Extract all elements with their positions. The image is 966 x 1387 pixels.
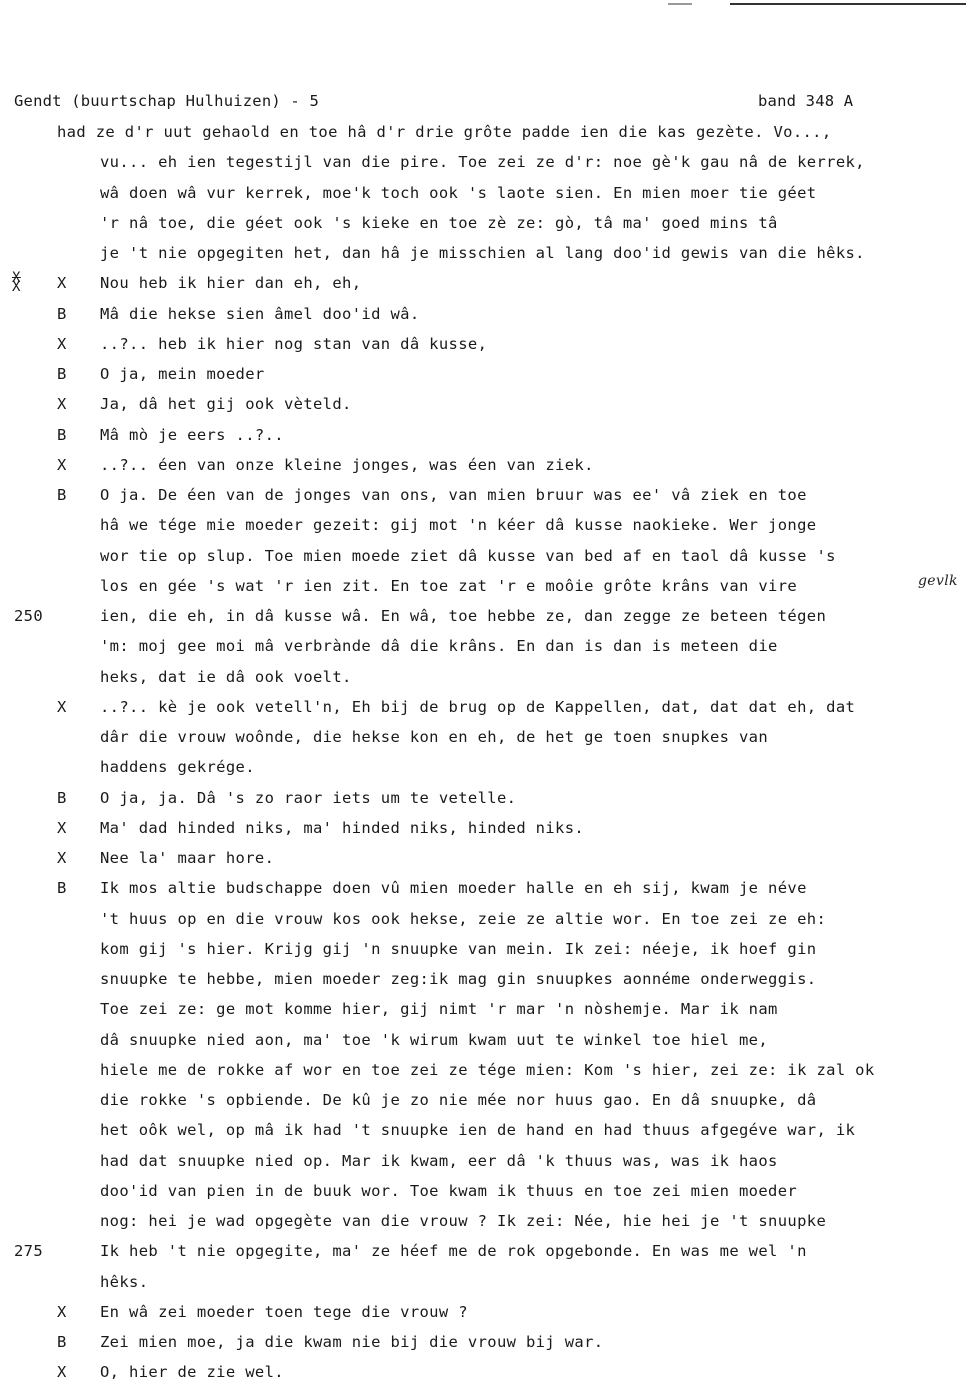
transcript-line: haddens gekrége. [0,758,966,780]
line-text: Toe zei ze: ge mot komme hier, gij nimt … [100,1000,778,1018]
scan-edge-artifact [668,3,966,5]
transcript-line: nog: hei je wad opgegète van die vrouw ?… [0,1212,966,1234]
line-text: had ze d'r uut gehaold en toe hâ d'r dri… [57,123,832,141]
transcript-line: heks, dat ie dâ ook voelt. [0,668,966,690]
line-text: wâ doen wâ vur kerrek, moe'k toch ook 's… [100,184,816,202]
page-header: Gendt (buurtschap Hulhuizen) - 5 band 34… [14,92,954,114]
line-number: 250 [14,607,43,625]
speaker-label: B [57,486,67,504]
line-text: 'm: moj gee moi mâ verbrànde dâ die krân… [100,637,778,655]
line-text: vu... eh ien tegestijl van die pire. Toe… [100,153,865,171]
transcript-line: die rokke 's opbiende. De kû je zo nie m… [0,1091,966,1113]
transcript-line: XEn wâ zei moeder toen tege die vrouw ? [0,1303,966,1325]
line-text: 'r nâ toe, die géet ook 's kieke en toe … [100,214,778,232]
line-text: die rokke 's opbiende. De kû je zo nie m… [100,1091,816,1109]
transcript-line: XMa' dad hinded niks, ma' hinded niks, h… [0,819,966,841]
transcript-line: BIk mos altie budschappe doen vû mien mo… [0,879,966,901]
line-text: Ik heb 't nie opgegite, ma' ze héef me d… [100,1242,807,1260]
speaker-label: B [57,789,67,807]
line-text: O ja. De éen van de jonges van ons, van … [100,486,807,504]
line-text: Zei mien moe, ja die kwam nie bij die vr… [100,1333,603,1351]
speaker-label: X [57,1363,67,1381]
transcript-line: BMâ mò je eers ..?.. [0,426,966,448]
line-text: ien, die eh, in dâ kusse wâ. En wâ, toe … [100,607,826,625]
transcript-line: had dat snuupke nied op. Mar ik kwam, ee… [0,1152,966,1174]
transcript-line: Toe zei ze: ge mot komme hier, gij nimt … [0,1000,966,1022]
line-text: haddens gekrége. [100,758,255,776]
line-text: Mâ mò je eers ..?.. [100,426,284,444]
speaker-label: X [57,819,67,837]
line-text: had dat snuupke nied op. Mar ik kwam, ee… [100,1152,778,1170]
line-text: O ja, ja. Dâ 's zo raor iets um te vetel… [100,789,516,807]
line-text: los en gée 's wat 'r ien zit. En toe zat… [100,577,797,595]
speaker-label: X [57,456,67,474]
transcript-line: BO ja, mein moeder [0,365,966,387]
transcript-line: snuupke te hebbe, mien moeder zeg:ik mag… [0,970,966,992]
speaker-label: B [57,1333,67,1351]
line-text: dâ snuupke nied aon, ma' toe 'k wirum kw… [100,1031,768,1049]
transcript-line: 275Ik heb 't nie opgegite, ma' ze héef m… [0,1242,966,1264]
transcript-line: hêks. [0,1273,966,1295]
line-text: wor tie op slup. Toe mien moede ziet dâ … [100,547,836,565]
line-text: kom gij 's hier. Krijg gij 'n snuupke va… [100,940,816,958]
line-text: hiele me de rokke af wor en toe zei ze t… [100,1061,875,1079]
line-text: hêks. [100,1273,148,1291]
line-text: dâr die vrouw woônde, die hekse kon en e… [100,728,768,746]
transcript-line: 'r nâ toe, die géet ook 's kieke en toe … [0,214,966,236]
transcript-line: dâ snuupke nied aon, ma' toe 'k wirum kw… [0,1031,966,1053]
transcript-line: los en gée 's wat 'r ien zit. En toe zat… [0,577,966,599]
transcript-line: hâ we tége mie moeder gezeit: gij mot 'n… [0,516,966,538]
speaker-label: X [57,274,67,292]
line-text: Ik mos altie budschappe doen vû mien moe… [100,879,807,897]
transcript-line: 'm: moj gee moi mâ verbrànde dâ die krân… [0,637,966,659]
line-text: ..?.. heb ik hier nog stan van dâ kusse, [100,335,487,353]
speaker-label: X [57,1303,67,1321]
speaker-label: B [57,365,67,383]
tape-band-label: band 348 A [758,92,853,110]
line-text: Mâ die hekse sien âmel doo'id wâ. [100,305,420,323]
handwritten-margin-note: gevlk [918,573,958,589]
line-text: ..?.. éen van onze kleine jonges, was ée… [100,456,594,474]
transcript-line: X..?.. kè je ook vetell'n, Eh bij de bru… [0,698,966,720]
line-text: O, hier de zie wel. [100,1363,284,1381]
transcript-line: X..?.. éen van onze kleine jonges, was é… [0,456,966,478]
transcript-line: BMâ die hekse sien âmel doo'id wâ. [0,305,966,327]
transcript-line: had ze d'r uut gehaold en toe hâ d'r dri… [0,123,966,145]
transcript-line: doo'id van pien in de buuk wor. Toe kwam… [0,1182,966,1204]
transcript-line: het oôk wel, op mâ ik had 't snuupke ien… [0,1121,966,1143]
transcript-line: wâ doen wâ vur kerrek, moe'k toch ook 's… [0,184,966,206]
transcript-line: XXXNou heb ik hier dan eh, eh, [0,274,966,296]
line-text: 't huus op en die vrouw kos ook hekse, z… [100,910,826,928]
margin-strike-mark: XX [12,274,21,292]
transcript-line: je 't nie opgegiten het, dan hâ je missc… [0,244,966,266]
line-text: heks, dat ie dâ ook voelt. [100,668,352,686]
line-text: En wâ zei moeder toen tege die vrouw ? [100,1303,468,1321]
transcript-line: vu... eh ien tegestijl van die pire. Toe… [0,153,966,175]
document-title: Gendt (buurtschap Hulhuizen) - 5 [14,92,319,110]
line-number: 275 [14,1242,43,1260]
line-text: Ja, dâ het gij ook vèteld. [100,395,352,413]
transcript-line: BO ja, ja. Dâ 's zo raor iets um te vete… [0,789,966,811]
line-text: nog: hei je wad opgegète van die vrouw ?… [100,1212,826,1230]
transcript-line: XO, hier de zie wel. [0,1363,966,1385]
speaker-label: X [57,698,67,716]
transcript-line: BO ja. De éen van de jonges van ons, van… [0,486,966,508]
line-text: Nou heb ik hier dan eh, eh, [100,274,361,292]
transcript-line: wor tie op slup. Toe mien moede ziet dâ … [0,547,966,569]
line-text: snuupke te hebbe, mien moeder zeg:ik mag… [100,970,816,988]
transcript-line: kom gij 's hier. Krijg gij 'n snuupke va… [0,940,966,962]
speaker-label: X [57,849,67,867]
line-text: Ma' dad hinded niks, ma' hinded niks, hi… [100,819,584,837]
transcript-line: XNee la' maar hore. [0,849,966,871]
transcript-line: hiele me de rokke af wor en toe zei ze t… [0,1061,966,1083]
line-text: het oôk wel, op mâ ik had 't snuupke ien… [100,1121,855,1139]
speaker-label: B [57,879,67,897]
line-text: je 't nie opgegiten het, dan hâ je missc… [100,244,865,262]
transcript-line: 250ien, die eh, in dâ kusse wâ. En wâ, t… [0,607,966,629]
transcript-line: BZei mien moe, ja die kwam nie bij die v… [0,1333,966,1355]
speaker-label: B [57,426,67,444]
speaker-label: X [57,335,67,353]
speaker-label: B [57,305,67,323]
speaker-label: X [57,395,67,413]
line-text: ..?.. kè je ook vetell'n, Eh bij de brug… [100,698,855,716]
line-text: Nee la' maar hore. [100,849,274,867]
transcript-line: X..?.. heb ik hier nog stan van dâ kusse… [0,335,966,357]
transcript-line: 't huus op en die vrouw kos ook hekse, z… [0,910,966,932]
line-text: doo'id van pien in de buuk wor. Toe kwam… [100,1182,797,1200]
line-text: hâ we tége mie moeder gezeit: gij mot 'n… [100,516,816,534]
transcript-line: dâr die vrouw woônde, die hekse kon en e… [0,728,966,750]
transcript-line: XJa, dâ het gij ook vèteld. [0,395,966,417]
line-text: O ja, mein moeder [100,365,265,383]
